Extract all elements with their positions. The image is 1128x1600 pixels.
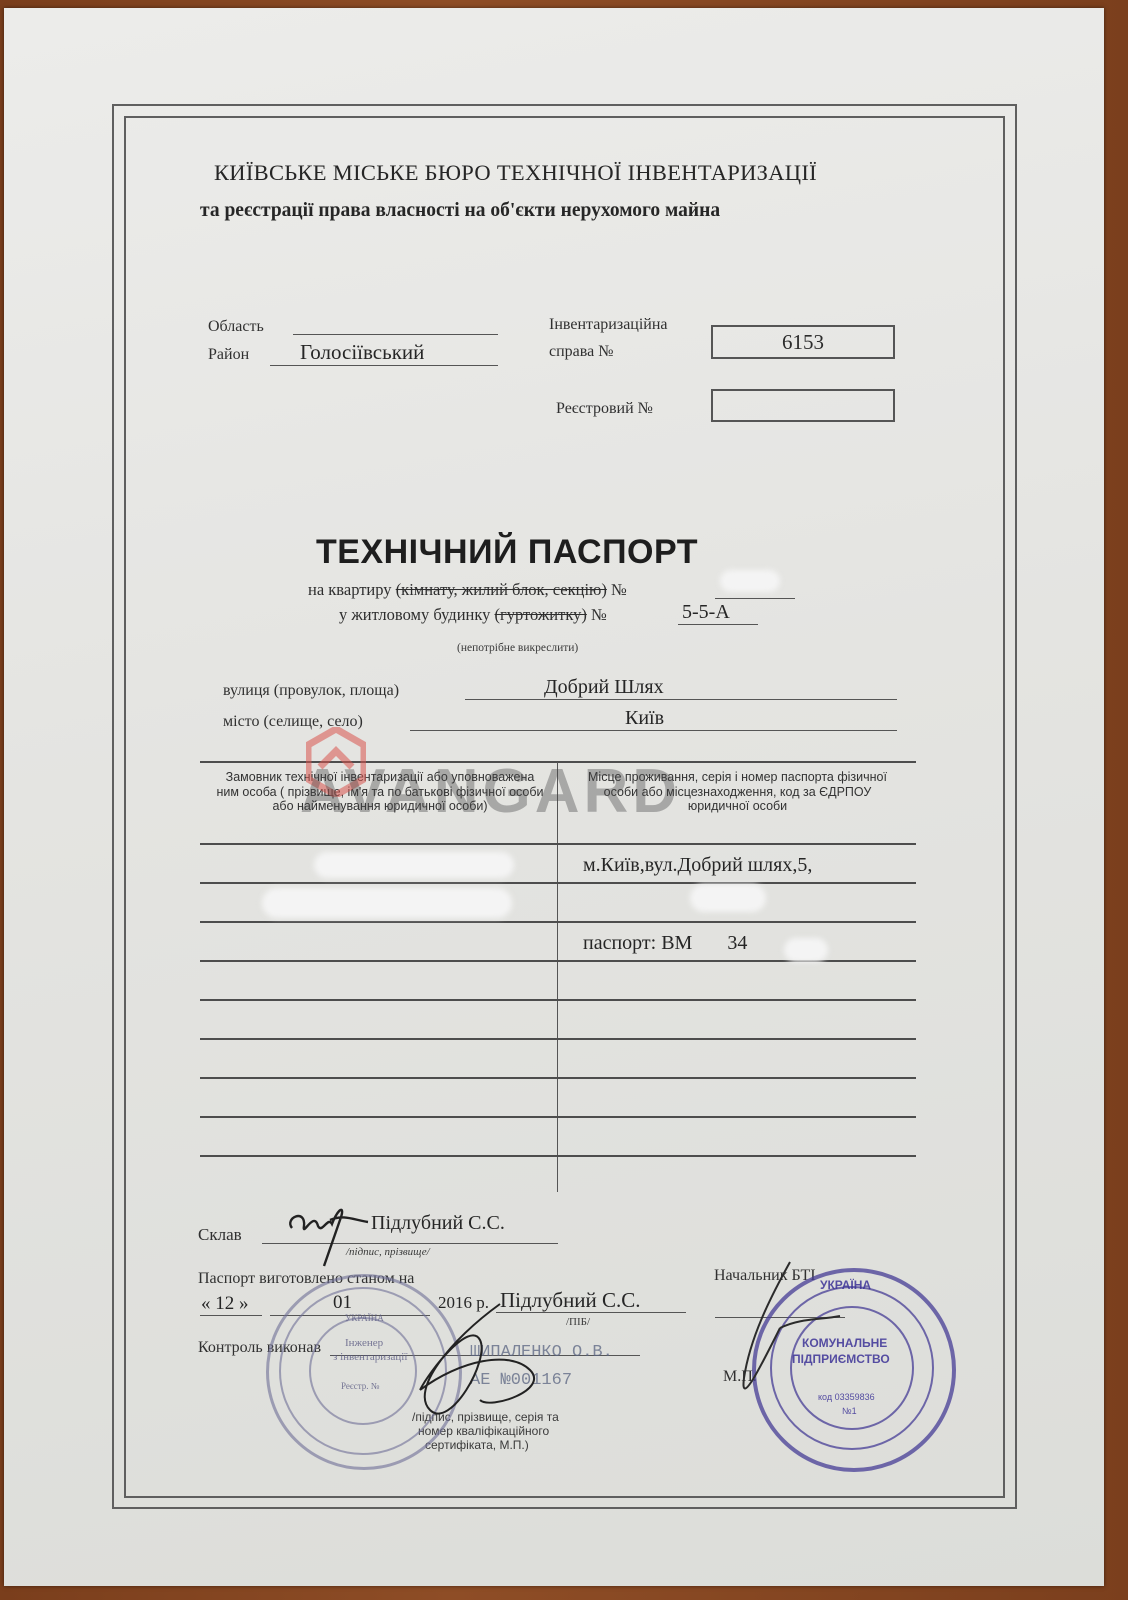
redaction [262,888,512,918]
building-prefix: у житловому будинку [339,605,490,624]
table-row-line [200,1038,916,1040]
control-caption-3: сертифіката, М.П.) [425,1438,529,1452]
street-label: вулиця (провулок, площа) [223,682,399,700]
table-bottom-line [200,1155,916,1157]
compiled-label: Склав [198,1225,242,1245]
apartment-no-label: № [611,580,627,599]
redaction [720,570,780,592]
table-cell-address: паспорт: ВМ 34 [583,932,747,955]
table-row-line [200,1116,916,1118]
redaction [314,852,514,878]
district-field [270,365,498,366]
apartment-line: на квартиру (кімнату, жилий блок, секцію… [308,580,627,600]
date-day-field [200,1315,262,1316]
region-field [293,334,498,335]
city-field [410,730,897,731]
registry-number-box [711,389,895,422]
building-no-label: № [591,605,607,624]
building-struck: (гуртожитку) [495,605,587,624]
inventory-label: Інвентаризаційна [549,316,668,334]
street-field [465,699,897,700]
compiled-caption: /підпис, прізвище/ [346,1246,430,1258]
building-number: 5-5-А [682,601,730,624]
date-day: « 12 » [201,1293,249,1315]
building-number-field [678,624,758,625]
table-row-line [200,843,916,845]
inventory-number: 6153 [782,330,824,355]
watermark-text: AVANGARD [300,756,681,827]
table-cell-address: м.Київ,вул.Добрий шлях,5, [583,854,812,877]
table-row-line [200,921,916,923]
table-row-line [200,999,916,1001]
redaction [784,938,828,962]
document-title: ТЕХНІЧНИЙ ПАСПОРТ [316,533,698,572]
inventory-number-box: 6153 [711,325,895,359]
head-signature-icon [730,1258,850,1418]
compiled-name: Підлубний С.С. [371,1212,505,1235]
apartment-struck: (кімнату, жилий блок, секцію) [396,580,607,599]
inventory-label-2: справа № [549,343,613,361]
registry-label: Реєстровий № [556,400,653,418]
district-value: Голосіївський [300,340,424,365]
apartment-number-field [715,598,795,599]
district-label: Район [208,346,249,364]
table-row-line [200,882,916,884]
street-value: Добрий Шлях [544,676,664,699]
control-signature-icon [370,1300,570,1430]
strike-note: (непотрібне викреслити) [457,642,578,654]
city-value: Київ [625,707,664,730]
building-line: у житловому будинку (гуртожитку) № [339,605,607,625]
apartment-prefix: на квартиру [308,580,392,599]
region-label: Область [208,318,264,336]
org-subtitle: та реєстрації права власності на об'єкти… [200,200,720,222]
signature-icon [284,1198,374,1248]
org-title: КИЇВСЬКЕ МІСЬКЕ БЮРО ТЕХНІЧНОЇ ІНВЕНТАРИ… [214,160,817,186]
redaction [690,884,766,912]
table-row-line [200,1077,916,1079]
